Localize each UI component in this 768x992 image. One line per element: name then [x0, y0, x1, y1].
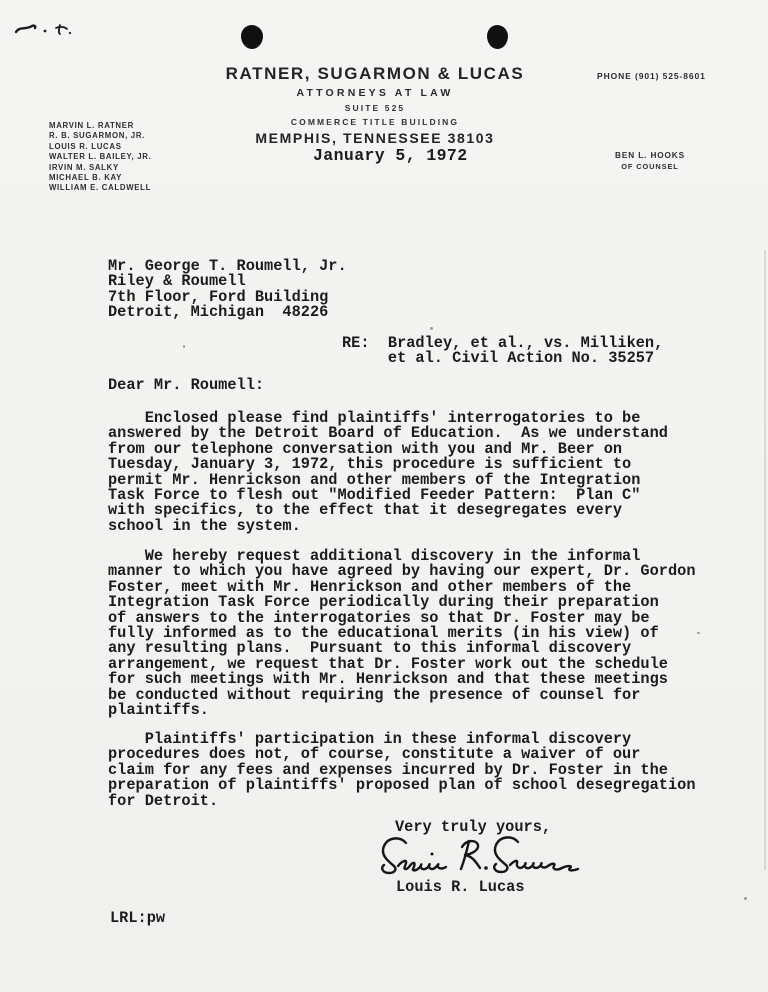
- salutation: Dear Mr. Roumell:: [108, 378, 264, 393]
- body-paragraph-1: Enclosed please find plaintiffs' interro…: [108, 411, 668, 534]
- phone-number: PHONE (901) 525-8601: [597, 71, 706, 81]
- letterhead: RATNER, SUGARMON & LUCAS ATTORNEYS AT LA…: [150, 64, 600, 146]
- letterhead-suite: SUITE 525: [150, 103, 600, 113]
- of-counsel-block: BEN L. HOOKS OF COUNSEL: [595, 151, 705, 171]
- letterhead-city: MEMPHIS, TENNESSEE 38103: [150, 130, 600, 146]
- scan-speck: [430, 327, 433, 330]
- scan-speck: [697, 632, 700, 634]
- letterhead-subtitle: ATTORNEYS AT LAW: [150, 87, 600, 99]
- firm-name: RATNER, SUGARMON & LUCAS: [150, 64, 600, 84]
- scan-edge-artifact: [764, 250, 766, 870]
- attorney-list: MARVIN L. RATNER R. B. SUGARMON, JR. LOU…: [49, 121, 152, 194]
- body-paragraph-3: Plaintiffs' participation in these infor…: [108, 732, 696, 809]
- scanned-letter-page: RATNER, SUGARMON & LUCAS ATTORNEYS AT LA…: [0, 0, 768, 992]
- scan-speck: [744, 897, 747, 900]
- scan-speck: [183, 345, 185, 348]
- re-reference: RE: Bradley, et al., vs. Milliken, et al…: [342, 336, 663, 367]
- letter-date: January 5, 1972: [313, 148, 468, 163]
- hole-punch-left: [241, 25, 263, 49]
- hole-punch-right: [487, 25, 508, 49]
- signature-louis-r-lucas: [372, 833, 582, 881]
- typed-signature-name: Louis R. Lucas: [396, 880, 525, 895]
- reference-initials: LRL:pw: [110, 911, 165, 926]
- pen-marks-icon: [12, 20, 82, 38]
- body-paragraph-2: We hereby request additional discovery i…: [108, 549, 696, 718]
- of-counsel-title: OF COUNSEL: [595, 162, 705, 171]
- of-counsel-name: BEN L. HOOKS: [595, 151, 705, 160]
- letterhead-building: COMMERCE TITLE BUILDING: [150, 117, 600, 127]
- recipient-address: Mr. George T. Roumell, Jr. Riley & Roume…: [108, 259, 347, 321]
